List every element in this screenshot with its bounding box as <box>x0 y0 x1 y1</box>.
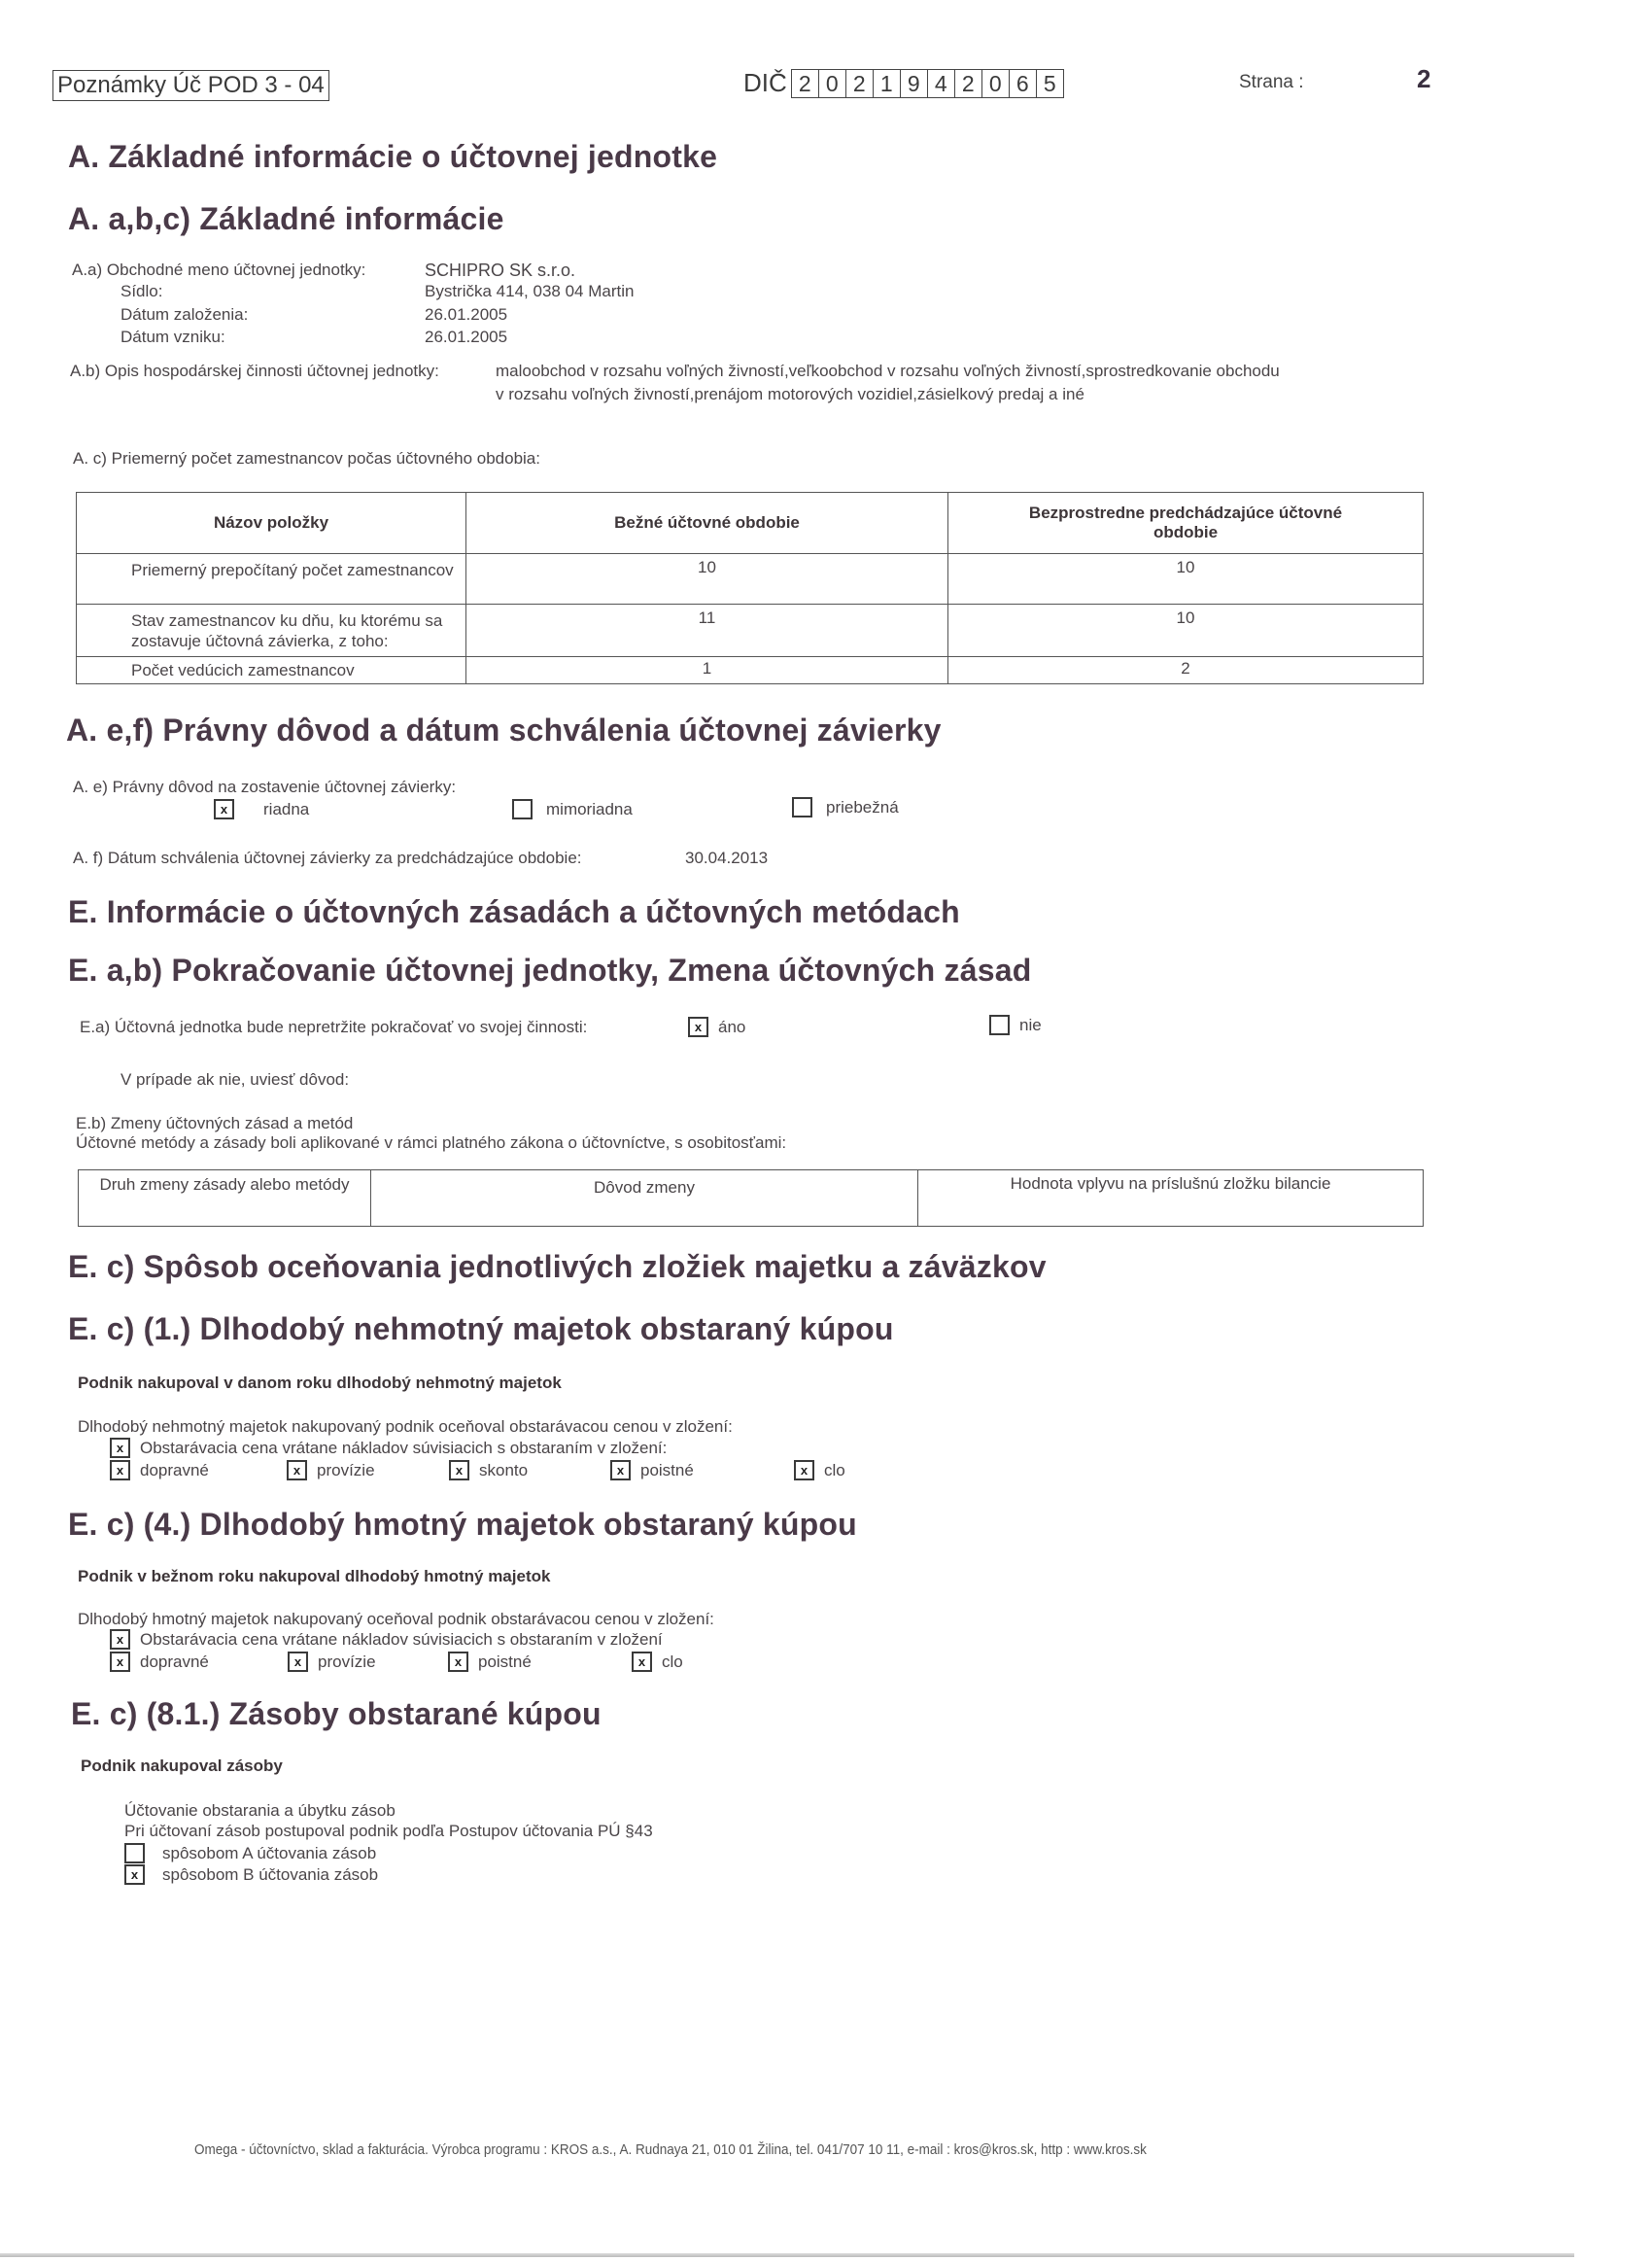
option-priebezna[interactable]: priebežná <box>792 797 899 817</box>
table-row: Stav zamestnancov ku dňu, ku ktorému sa … <box>77 605 1424 657</box>
created-label: Dátum vzniku: <box>120 328 225 347</box>
section-a-title: A. Základné informácie o účtovnej jednot… <box>68 139 717 175</box>
row-previous: 10 <box>948 554 1424 605</box>
c1-option-clo[interactable]: x clo <box>794 1460 845 1480</box>
col-header-item: Názov položky <box>77 493 466 554</box>
employees-label: A. c) Priemerný počet zamestnancov počas… <box>73 449 540 469</box>
checkbox-c4-poistne[interactable]: x <box>448 1652 468 1672</box>
checkbox-c1-dopravne[interactable]: x <box>110 1460 130 1480</box>
checkbox-riadna[interactable]: x <box>214 799 234 819</box>
checkbox-c81-a[interactable] <box>124 1843 145 1863</box>
c1-option-skonto[interactable]: x skonto <box>449 1460 528 1480</box>
col-header-impact: Hodnota vplyvu na príslušnú zložku bilan… <box>918 1170 1424 1227</box>
c4-dopravne-label: dopravné <box>140 1652 209 1672</box>
created-value: 26.01.2005 <box>425 328 507 347</box>
c1-dopravne-label: dopravné <box>140 1461 209 1480</box>
dic-digit: 9 <box>901 70 928 97</box>
page-number: 2 <box>1417 64 1430 94</box>
company-name-value: SCHIPRO SK s.r.o. <box>425 261 575 281</box>
section-e-title: E. Informácie o účtovných zásadách a účt… <box>68 894 960 930</box>
section-e-ab-title: E. a,b) Pokračovanie účtovnej jednotky, … <box>68 953 1031 989</box>
c4-option-provizie[interactable]: x provízie <box>288 1652 376 1672</box>
page-label: Strana : <box>1239 72 1304 93</box>
dic-digit: 6 <box>1010 70 1037 97</box>
c4-provizie-label: provízie <box>318 1652 376 1672</box>
dic-label: DIČ <box>743 68 787 98</box>
row-name: Počet vedúcich zamestnancov <box>77 657 466 684</box>
option-nie[interactable]: nie <box>989 1015 1042 1035</box>
c1-poistne-label: poistné <box>640 1461 694 1480</box>
c4-clo-label: clo <box>662 1652 683 1672</box>
c81-option-b[interactable]: x spôsobom B účtovania zásob <box>124 1864 378 1885</box>
col-header-reason: Dôvod zmeny <box>371 1170 918 1227</box>
col-header-previous: Bezprostredne predchádzajúce účtovné obd… <box>948 493 1424 554</box>
option-ano[interactable]: x áno <box>688 1017 745 1037</box>
checkbox-c81-b[interactable]: x <box>124 1864 145 1885</box>
mimoriadna-label: mimoriadna <box>546 800 633 819</box>
seat-value: Bystrička 414, 038 04 Martin <box>425 282 634 301</box>
c1-option-poistne[interactable]: x poistné <box>610 1460 694 1480</box>
section-a-ef-title: A. e,f) Právny dôvod a dátum schválenia … <box>66 713 942 748</box>
seat-label: Sídlo: <box>120 282 162 301</box>
row-name: Priemerný prepočítaný počet zamestnancov <box>77 554 466 605</box>
checkbox-c1-poistne[interactable]: x <box>610 1460 631 1480</box>
form-title: Poznámky Úč POD 3 - 04 <box>52 70 329 101</box>
table-header-row: Názov položky Bežné účtovné obdobie Bezp… <box>77 493 1424 554</box>
option-mimoriadna[interactable]: mimoriadna <box>512 799 633 819</box>
legal-reason-label: A. e) Právny dôvod na zostavenie účtovne… <box>73 778 456 797</box>
dic-digit: 2 <box>955 70 982 97</box>
row-current: 11 <box>466 605 948 657</box>
row-previous: 2 <box>948 657 1424 684</box>
c81-line-2: Pri účtovaní zásob postupoval podnik pod… <box>124 1822 653 1841</box>
c4-main-label: Obstarávacia cena vrátane nákladov súvis… <box>140 1630 663 1650</box>
c81-line-1: Účtovanie obstarania a úbytku zásob <box>124 1801 396 1821</box>
changes-table: Druh zmeny zásady alebo metódy Dôvod zme… <box>78 1169 1424 1227</box>
c81-option-a[interactable]: spôsobom A účtovania zásob <box>124 1843 376 1863</box>
table-row: Počet vedúcich zamestnancov 1 2 <box>77 657 1424 684</box>
checkbox-c4-provizie[interactable]: x <box>288 1652 308 1672</box>
footer-text: Omega - účtovníctvo, sklad a fakturácia.… <box>194 2141 1147 2158</box>
col-header-current: Bežné účtovné obdobie <box>466 493 948 554</box>
option-riadna[interactable]: x riadna <box>214 799 309 819</box>
row-current: 10 <box>466 554 948 605</box>
activity-label: A.b) Opis hospodárskej činnosti účtovnej… <box>70 362 439 381</box>
checkbox-c4-dopravne[interactable]: x <box>110 1652 130 1672</box>
dic-field: DIČ 2021942065 <box>743 68 1064 98</box>
approval-date-label: A. f) Dátum schválenia účtovnej závierky… <box>73 849 582 868</box>
section-a-subtitle: A. a,b,c) Základné informácie <box>68 201 504 237</box>
approval-date-value: 30.04.2013 <box>685 849 768 868</box>
c1-option-provizie[interactable]: x provízie <box>287 1460 375 1480</box>
c1-provizie-label: provízie <box>317 1461 375 1480</box>
dic-digit: 2 <box>846 70 874 97</box>
checkbox-c1-clo[interactable]: x <box>794 1460 814 1480</box>
reason-label: V prípade ak nie, uviesť dôvod: <box>120 1070 349 1090</box>
checkbox-c1-skonto[interactable]: x <box>449 1460 469 1480</box>
section-e-c1-title: E. c) (1.) Dlhodobý nehmotný majetok obs… <box>68 1311 894 1347</box>
checkbox-priebezna[interactable] <box>792 797 812 817</box>
col-header-change-type: Druh zmeny zásady alebo metódy <box>79 1170 371 1227</box>
c4-main-option[interactable]: x Obstarávacia cena vrátane nákladov súv… <box>110 1629 663 1650</box>
checkbox-c1-main[interactable]: x <box>110 1438 130 1458</box>
table-header-row: Druh zmeny zásady alebo metódy Dôvod zme… <box>79 1170 1424 1227</box>
c1-desc: Dlhodobý nehmotný majetok nakupovaný pod… <box>78 1417 733 1437</box>
priebezna-label: priebežná <box>826 798 899 817</box>
changes-label: E.b) Zmeny účtovných zásad a metód <box>76 1114 353 1133</box>
section-e-c4-title: E. c) (4.) Dlhodobý hmotný majetok obsta… <box>68 1507 857 1543</box>
checkbox-c1-provizie[interactable]: x <box>287 1460 307 1480</box>
activity-line-1: maloobchod v rozsahu voľných živností,ve… <box>496 362 1280 381</box>
section-e-c1-subtitle: Podnik nakupoval v danom roku dlhodobý n… <box>78 1374 562 1393</box>
dic-digit: 0 <box>982 70 1010 97</box>
c81-a-label: spôsobom A účtovania zásob <box>162 1844 376 1863</box>
changes-desc: Účtovné metódy a zásady boli aplikované … <box>76 1133 786 1153</box>
activity-line-2: v rozsahu voľných živností,prenájom moto… <box>496 385 1084 404</box>
founded-value: 26.01.2005 <box>425 305 507 325</box>
c81-b-label: spôsobom B účtovania zásob <box>162 1865 378 1885</box>
section-e-c-title: E. c) Spôsob oceňovania jednotlivých zlo… <box>68 1249 1047 1285</box>
c1-main-label: Obstarávacia cena vrátane nákladov súvis… <box>140 1439 667 1458</box>
checkbox-c4-main[interactable]: x <box>110 1629 130 1650</box>
c4-option-dopravne[interactable]: x dopravné <box>110 1652 209 1672</box>
section-e-c81-subtitle: Podnik nakupoval zásoby <box>81 1757 283 1776</box>
c4-desc: Dlhodobý hmotný majetok nakupovaný oceňo… <box>78 1610 714 1629</box>
company-name-label: A.a) Obchodné meno účtovnej jednotky: <box>72 261 365 280</box>
checkbox-mimoriadna[interactable] <box>512 799 533 819</box>
dic-digit: 1 <box>874 70 901 97</box>
continuation-label: E.a) Účtovná jednotka bude nepretržite p… <box>80 1018 587 1037</box>
row-current: 1 <box>466 657 948 684</box>
c4-option-clo[interactable]: x clo <box>632 1652 683 1672</box>
c1-skonto-label: skonto <box>479 1461 528 1480</box>
riadna-label: riadna <box>263 800 309 819</box>
employees-table: Názov položky Bežné účtovné obdobie Bezp… <box>76 492 1424 684</box>
c1-main-option[interactable]: x Obstarávacia cena vrátane nákladov súv… <box>110 1438 667 1458</box>
nie-label: nie <box>1019 1016 1042 1035</box>
dic-digits: 2021942065 <box>791 69 1064 98</box>
checkbox-nie[interactable] <box>989 1015 1010 1035</box>
row-previous: 10 <box>948 605 1424 657</box>
c4-option-poistne[interactable]: x poistné <box>448 1652 532 1672</box>
ano-label: áno <box>718 1018 745 1037</box>
section-e-c4-subtitle: Podnik v bežnom roku nakupoval dlhodobý … <box>78 1567 550 1586</box>
founded-label: Dátum založenia: <box>120 305 248 325</box>
table-row: Priemerný prepočítaný počet zamestnancov… <box>77 554 1424 605</box>
checkbox-c4-clo[interactable]: x <box>632 1652 652 1672</box>
checkbox-ano[interactable]: x <box>688 1017 708 1037</box>
dic-digit: 2 <box>792 70 819 97</box>
c1-clo-label: clo <box>824 1461 845 1480</box>
c1-option-dopravne[interactable]: x dopravné <box>110 1460 209 1480</box>
dic-digit: 5 <box>1037 70 1063 97</box>
dic-digit: 0 <box>819 70 846 97</box>
section-e-c81-title: E. c) (8.1.) Zásoby obstarané kúpou <box>71 1696 602 1732</box>
c4-poistne-label: poistné <box>478 1652 532 1672</box>
row-name: Stav zamestnancov ku dňu, ku ktorému sa … <box>77 605 466 657</box>
scan-edge-divider <box>0 2253 1574 2257</box>
dic-digit: 4 <box>928 70 955 97</box>
